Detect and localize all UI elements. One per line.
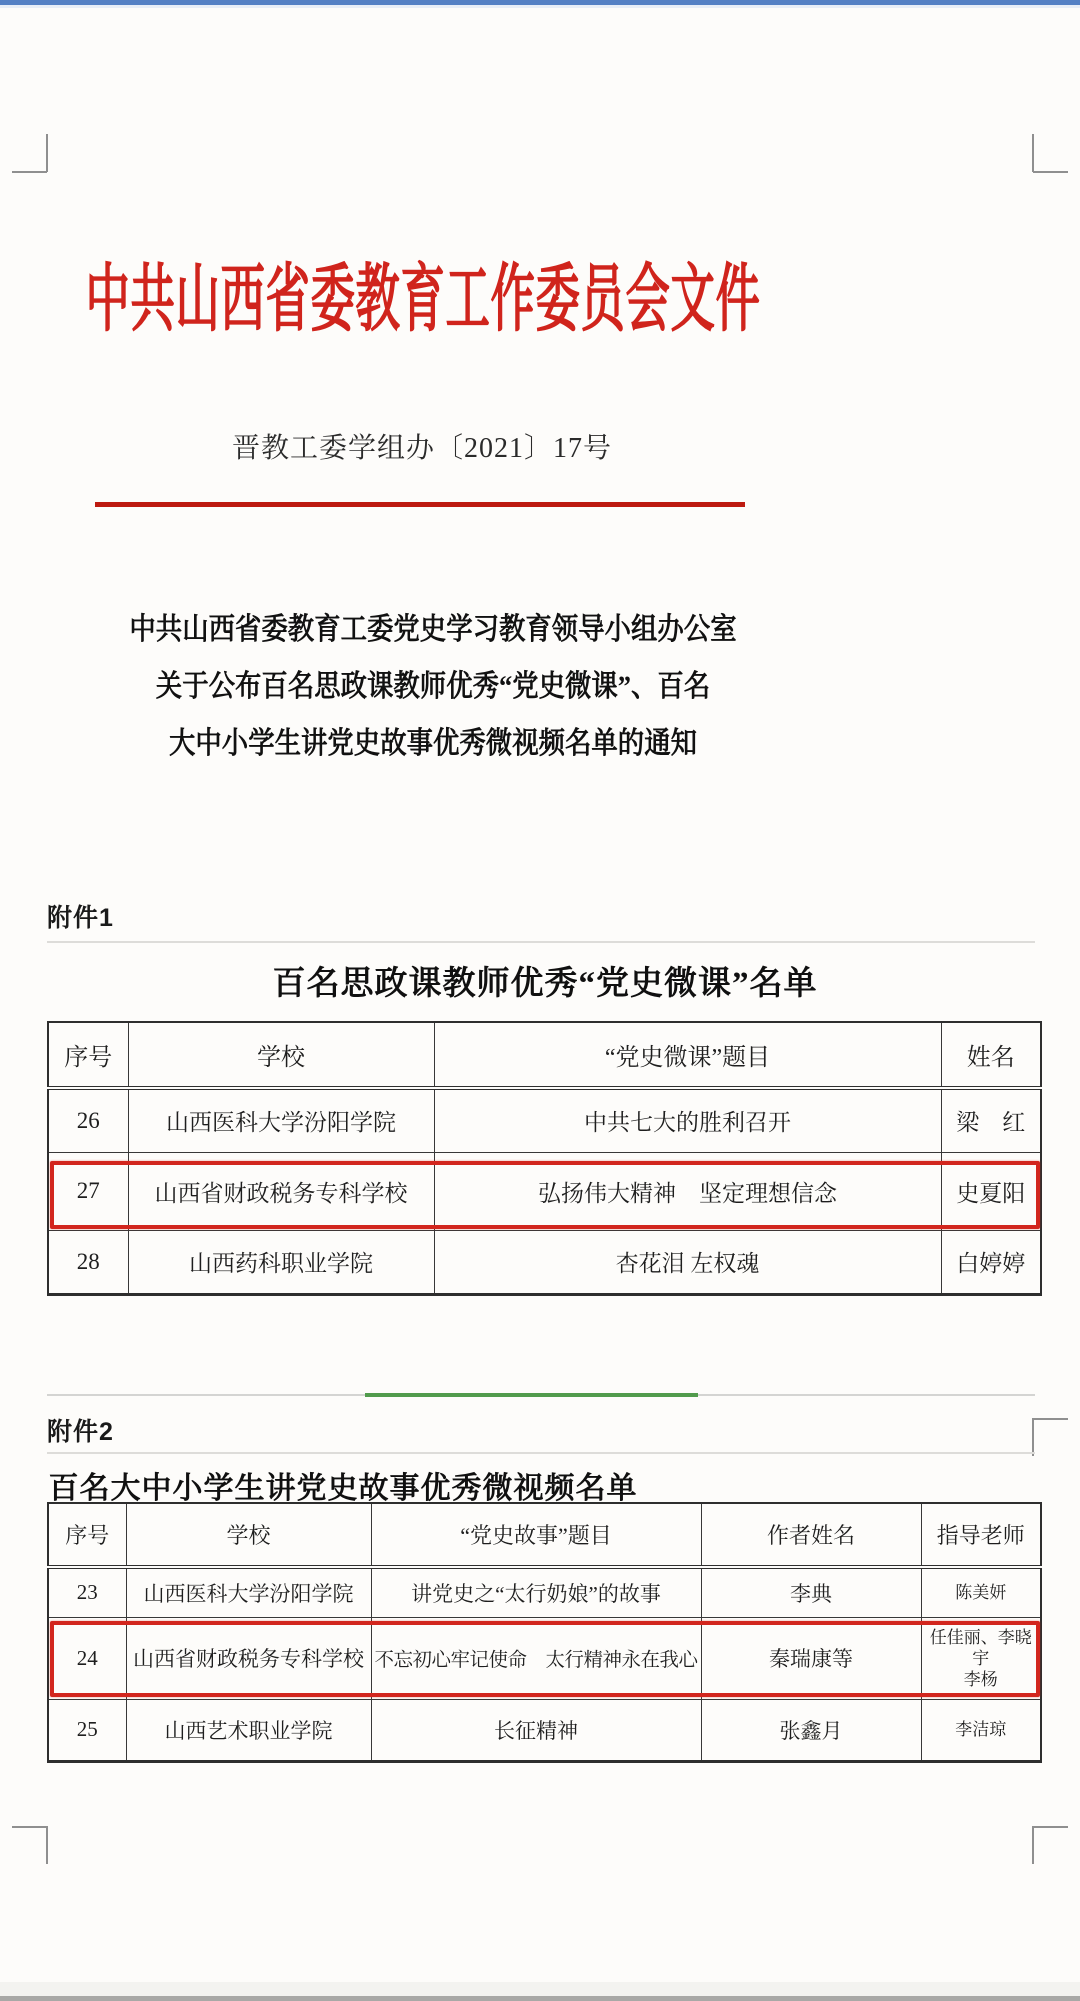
table1-row-26: 26 山西医科大学汾阳学院 中共七大的胜利召开 梁 红 [48, 1088, 1041, 1152]
section-divider-green-segment [365, 1393, 698, 1397]
cell-no: 23 [48, 1567, 126, 1617]
document-number: 晋教工委学组办〔2021〕17号 [232, 426, 612, 466]
table2-row-25: 25 山西艺术职业学院 长征精神 张鑫月 李洁琼 [48, 1699, 1041, 1761]
attachment1-label: 附件1 [47, 898, 114, 934]
cell-no: 28 [48, 1230, 128, 1294]
page-corner-mark-top-left-v [46, 134, 48, 172]
cell-title: 中共七大的胜利召开 [434, 1088, 941, 1152]
page-corner-mark-bottom-left-v [46, 1826, 48, 1864]
attachment1-table-title: 百名思政课教师优秀“党史微课”名单 [273, 957, 818, 1004]
cell-title: 讲党史之“太行奶娘”的故事 [371, 1567, 701, 1617]
notice-title-line-1: 中共山西省委教育工委党史学习教育领导小组办公室 [129, 601, 736, 658]
table1-col-title: “党史微课”题目 [434, 1022, 941, 1088]
table2-col-author: 作者姓名 [701, 1503, 921, 1567]
cell-school: 山西医科大学汾阳学院 [128, 1088, 434, 1152]
cell-title: 杏花泪 左权魂 [434, 1230, 941, 1294]
cell-name: 梁 红 [941, 1088, 1041, 1152]
table1-col-school: 学校 [128, 1022, 434, 1088]
table2-col-teacher: 指导老师 [921, 1503, 1041, 1567]
notice-title-line-2: 关于公布百名思政课教师优秀“党史微课”、百名 [129, 658, 736, 715]
page-corner-mark-bottom-right-h [1033, 1826, 1068, 1828]
table1-col-no: 序号 [48, 1022, 128, 1088]
page-corner-mark-top-right-h [1033, 171, 1068, 173]
cell-author: 李典 [701, 1567, 921, 1617]
table2-col-no: 序号 [48, 1503, 126, 1567]
page-corner-mark-top-left-h [12, 171, 47, 173]
cell-no: 26 [48, 1088, 128, 1152]
highlight-box-row-27 [50, 1161, 1040, 1229]
cell-school: 山西药科职业学院 [128, 1230, 434, 1294]
cell-name: 白婷婷 [941, 1230, 1041, 1294]
window-top-highlight [0, 5, 1080, 8]
table1-row-28: 28 山西药科职业学院 杏花泪 左权魂 白婷婷 [48, 1230, 1041, 1294]
page-corner-mark-mid-right-h [1033, 1418, 1068, 1420]
table2-col-school: 学校 [126, 1503, 371, 1567]
red-divider-rule [95, 502, 745, 507]
attachment2-underline [47, 1452, 1035, 1454]
bottom-toolbar-band [0, 1982, 1080, 1996]
bottom-edge-bar [0, 1996, 1080, 2001]
page-corner-mark-bottom-right-v [1032, 1826, 1034, 1864]
table2-row-23: 23 山西医科大学汾阳学院 讲党史之“太行奶娘”的故事 李典 陈美妍 [48, 1567, 1041, 1617]
attachment2-label: 附件2 [47, 1412, 114, 1448]
cell-teacher: 陈美妍 [921, 1567, 1041, 1617]
cell-no: 25 [48, 1699, 126, 1761]
document-header-title: 中共山西省委教育工作委员会文件 [86, 240, 761, 346]
cell-author: 张鑫月 [701, 1699, 921, 1761]
table1-col-name: 姓名 [941, 1022, 1041, 1088]
table2-col-title: “党史故事”题目 [371, 1503, 701, 1567]
cell-school: 山西艺术职业学院 [126, 1699, 371, 1761]
highlight-box-row-24 [50, 1621, 1040, 1697]
cell-title: 长征精神 [371, 1699, 701, 1761]
attachment2-table-title: 百名大中小学生讲党史故事优秀微视频名单 [49, 1463, 1042, 1507]
page-corner-mark-bottom-left-h [12, 1826, 47, 1828]
table2-header-row: 序号 学校 “党史故事”题目 作者姓名 指导老师 [48, 1503, 1041, 1567]
table1-header-row: 序号 学校 “党史微课”题目 姓名 [48, 1022, 1041, 1088]
notice-title-line-3: 大中小学生讲党史故事优秀微视频名单的通知 [129, 715, 736, 772]
page-corner-mark-mid-right-v [1032, 1418, 1034, 1456]
party-history-microcourse-table: 序号 学校 “党史微课”题目 姓名 26 山西医科大学汾阳学院 中共七大的胜利召… [47, 1021, 1042, 1296]
cell-school: 山西医科大学汾阳学院 [126, 1567, 371, 1617]
cell-teacher: 李洁琼 [921, 1699, 1041, 1761]
notice-title: 中共山西省委教育工委党史学习教育领导小组办公室 关于公布百名思政课教师优秀“党史… [129, 601, 736, 772]
attachment1-underline [47, 941, 1035, 943]
page-corner-mark-top-right-v [1032, 134, 1034, 172]
